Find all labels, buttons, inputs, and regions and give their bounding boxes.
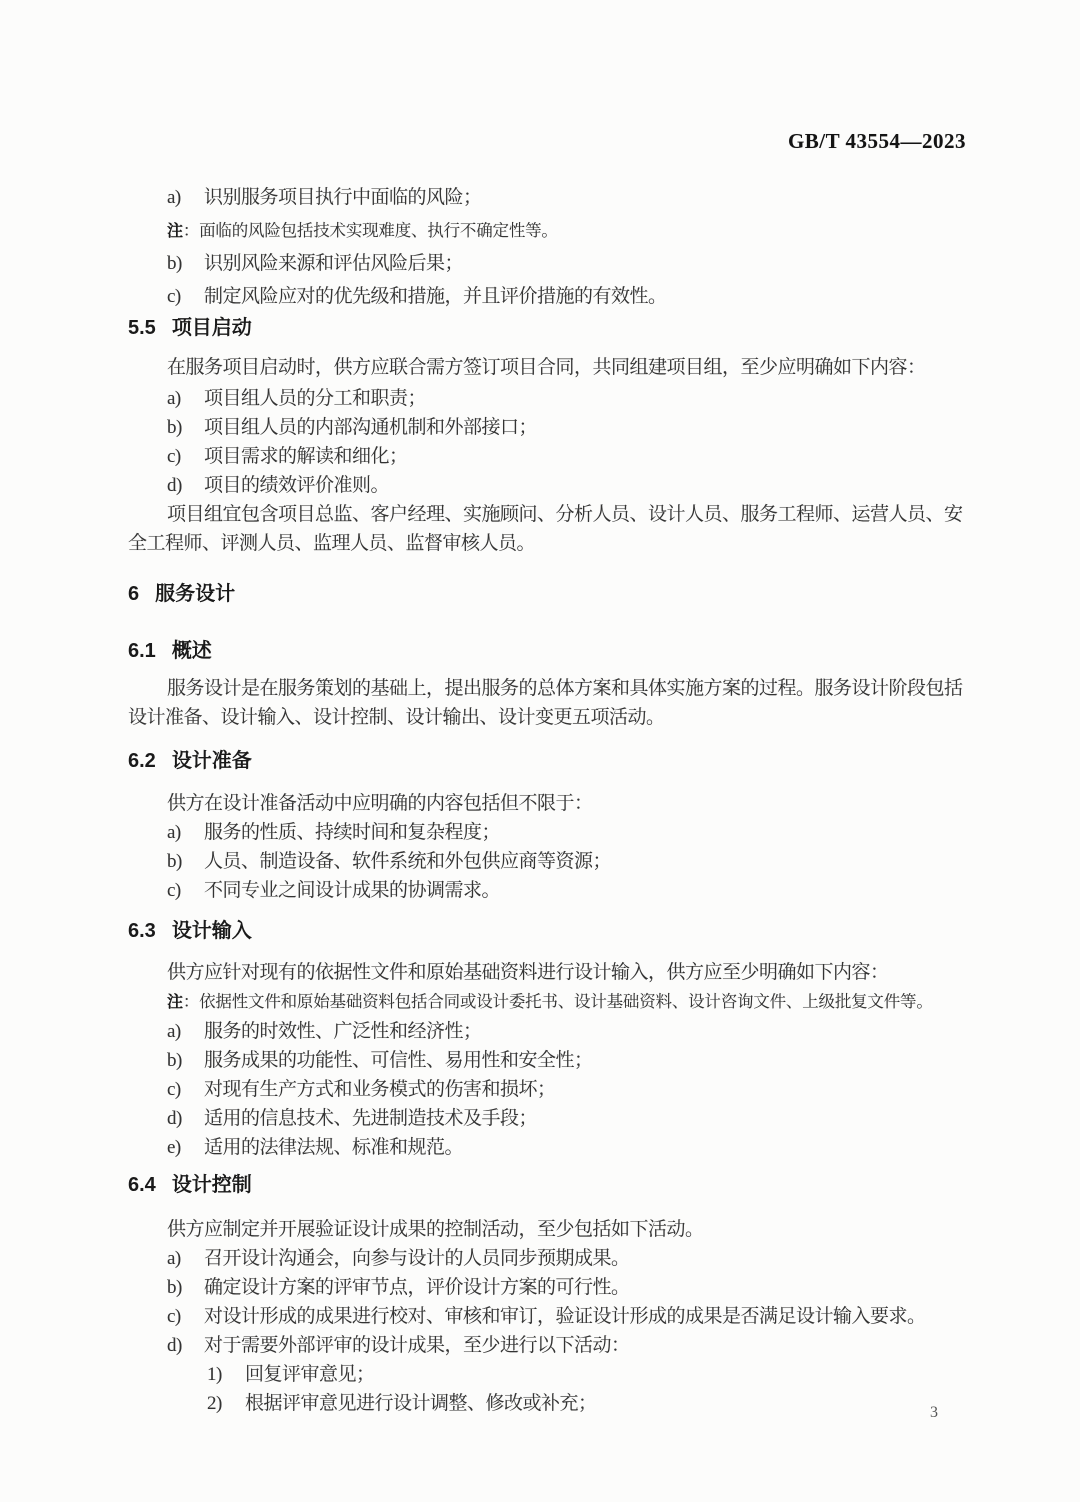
- list-item-text: 适用的法律法规、标准和规范。: [204, 1133, 966, 1162]
- list-item-text: 项目组人员的分工和职责；: [204, 384, 966, 413]
- list-item-label: a): [167, 1244, 204, 1273]
- paragraph: 供方应制定并开展验证设计成果的控制活动，至少包括如下活动。: [128, 1215, 966, 1244]
- list-item-label: b): [167, 413, 204, 442]
- list-item-text: 人员、制造设备、软件系统和外包供应商等资源；: [204, 847, 966, 876]
- sub-list-item-label: 1): [207, 1360, 245, 1389]
- note-label: 注: [167, 994, 183, 1011]
- section-heading: 6.2 设计准备: [128, 746, 966, 776]
- standard-number: GB/T 43554—2023: [128, 129, 966, 153]
- sub-list-item: 1) 回复评审意见；: [207, 1360, 966, 1389]
- paragraph: 项目组宜包含项目总监、客户经理、实施顾问、分析人员、设计人员、服务工程师、运营人…: [128, 500, 966, 558]
- list-item: a) 召开设计沟通会，向参与设计的人员同步预期成果。: [167, 1244, 966, 1273]
- chapter-number: 6: [128, 579, 139, 609]
- note-text: ：依据性文件和原始基础资料包括合同或设计委托书、设计基础资料、设计咨询文件、上级…: [183, 992, 933, 1011]
- section-heading: 6.1 概述: [128, 636, 966, 666]
- list-item: b) 确定设计方案的评审节点，评价设计方案的可行性。: [167, 1273, 966, 1302]
- list-item-text: 对于需要外部评审的设计成果，至少进行以下活动：: [204, 1331, 966, 1360]
- page-number: 3: [930, 1404, 938, 1422]
- section-number: 5.5: [128, 313, 156, 343]
- note-label: 注: [167, 223, 183, 240]
- section-heading: 6.3 设计输入: [128, 916, 966, 946]
- list-item-text: 服务成果的功能性、可信性、易用性和安全性；: [204, 1046, 966, 1075]
- section-title: 设计控制: [172, 1170, 252, 1200]
- sub-list-item-text: 回复评审意见；: [245, 1360, 966, 1389]
- list-item: c) 不同专业之间设计成果的协调需求。: [167, 876, 966, 905]
- list-item: c) 项目需求的解读和细化；: [167, 442, 966, 471]
- paragraph: 供方在设计准备活动中应明确的内容包括但不限于：: [128, 789, 966, 818]
- list-item-label: d): [167, 471, 204, 500]
- sub-list-item-label: 2): [207, 1389, 245, 1418]
- list-item-label: c): [167, 1302, 204, 1331]
- list-item-label: b): [167, 1046, 204, 1075]
- paragraph: 服务设计是在服务策划的基础上，提出服务的总体方案和具体实施方案的过程。服务设计阶…: [128, 674, 966, 732]
- paragraph: 供方应针对现有的依据性文件和原始基础资料进行设计输入，供方应至少明确如下内容：: [128, 958, 966, 987]
- list-item-text: 对现有生产方式和业务模式的伤害和损坏；: [204, 1075, 966, 1104]
- list-item: d) 对于需要外部评审的设计成果，至少进行以下活动：: [167, 1331, 966, 1360]
- list-item: a) 服务的性质、持续时间和复杂程度；: [167, 818, 966, 847]
- list-item-text: 项目组人员的内部沟通机制和外部接口；: [204, 413, 966, 442]
- list-item-label: c): [167, 1075, 204, 1104]
- paragraph: 在服务项目启动时，供方应联合需方签订项目合同，共同组建项目组，至少应明确如下内容…: [128, 353, 966, 382]
- list-item-label: d): [167, 1331, 204, 1360]
- list-item-label: d): [167, 1104, 204, 1133]
- list-item-text: 服务的时效性、广泛性和经济性；: [204, 1017, 966, 1046]
- sub-list-item-text: 根据评审意见进行设计调整、修改或补充；: [245, 1389, 966, 1418]
- section-heading: 5.5 项目启动: [128, 313, 966, 343]
- document-content: GB/T 43554—2023 a) 识别服务项目执行中面临的风险； 注：面临的…: [128, 0, 966, 1418]
- list-item-label: a): [167, 384, 204, 413]
- note: 注：面临的风险包括技术实现难度、执行不确定性等。: [167, 218, 966, 245]
- list-item-label: b): [167, 1273, 204, 1302]
- section-number: 6.4: [128, 1170, 156, 1200]
- list-item: a) 服务的时效性、广泛性和经济性；: [167, 1017, 966, 1046]
- chapter-heading: 6 服务设计: [128, 579, 966, 609]
- list-item: b) 人员、制造设备、软件系统和外包供应商等资源；: [167, 847, 966, 876]
- note-text: ：面临的风险包括技术实现难度、执行不确定性等。: [183, 221, 558, 240]
- section-title: 概述: [172, 636, 212, 666]
- list-item-text: 制定风险应对的优先级和措施，并且评价措施的有效性。: [204, 282, 966, 311]
- list-item: c) 对现有生产方式和业务模式的伤害和损坏；: [167, 1075, 966, 1104]
- section-number: 6.3: [128, 916, 156, 946]
- list-item: b) 服务成果的功能性、可信性、易用性和安全性；: [167, 1046, 966, 1075]
- list-item-label: c): [167, 442, 204, 471]
- section-number: 6.2: [128, 746, 156, 776]
- sub-list-item: 2) 根据评审意见进行设计调整、修改或补充；: [207, 1389, 966, 1418]
- list-item: b) 项目组人员的内部沟通机制和外部接口；: [167, 413, 966, 442]
- list-item: c) 对设计形成的成果进行校对、审核和审订，验证设计形成的成果是否满足设计输入要…: [167, 1302, 966, 1331]
- list-item: a) 项目组人员的分工和职责；: [167, 384, 966, 413]
- list-item-text: 确定设计方案的评审节点，评价设计方案的可行性。: [204, 1273, 966, 1302]
- list-item-label: a): [167, 1017, 204, 1046]
- section-title: 设计输入: [172, 916, 252, 946]
- document-page: GB/T 43554—2023 a) 识别服务项目执行中面临的风险； 注：面临的…: [0, 0, 1080, 1502]
- list-item-label: c): [167, 876, 204, 905]
- list-item-label: a): [167, 818, 204, 847]
- list-item-text: 不同专业之间设计成果的协调需求。: [204, 876, 966, 905]
- list-item-text: 项目需求的解读和细化；: [204, 442, 966, 471]
- list-item: c) 制定风险应对的优先级和措施，并且评价措施的有效性。: [167, 282, 966, 311]
- list-item-text: 识别服务项目执行中面临的风险；: [204, 183, 966, 212]
- list-item-label: b): [167, 847, 204, 876]
- list-item-label: a): [167, 183, 204, 212]
- list-item-label: b): [167, 249, 204, 278]
- list-item: a) 识别服务项目执行中面临的风险；: [167, 183, 966, 212]
- list-item: e) 适用的法律法规、标准和规范。: [167, 1133, 966, 1162]
- list-item: b) 识别风险来源和评估风险后果；: [167, 249, 966, 278]
- list-item-label: c): [167, 282, 204, 311]
- list-item: d) 适用的信息技术、先进制造技术及手段；: [167, 1104, 966, 1133]
- list-item-text: 识别风险来源和评估风险后果；: [204, 249, 966, 278]
- list-item-text: 对设计形成的成果进行校对、审核和审订，验证设计形成的成果是否满足设计输入要求。: [204, 1302, 966, 1331]
- list-item-text: 项目的绩效评价准则。: [204, 471, 966, 500]
- section-number: 6.1: [128, 636, 156, 666]
- section-title: 设计准备: [172, 746, 252, 776]
- section-title: 项目启动: [172, 313, 252, 343]
- note: 注：依据性文件和原始基础资料包括合同或设计委托书、设计基础资料、设计咨询文件、上…: [167, 989, 966, 1016]
- list-item-label: e): [167, 1133, 204, 1162]
- list-item: d) 项目的绩效评价准则。: [167, 471, 966, 500]
- list-item-text: 召开设计沟通会，向参与设计的人员同步预期成果。: [204, 1244, 966, 1273]
- list-item-text: 服务的性质、持续时间和复杂程度；: [204, 818, 966, 847]
- section-heading: 6.4 设计控制: [128, 1170, 966, 1200]
- chapter-title: 服务设计: [155, 579, 235, 609]
- list-item-text: 适用的信息技术、先进制造技术及手段；: [204, 1104, 966, 1133]
